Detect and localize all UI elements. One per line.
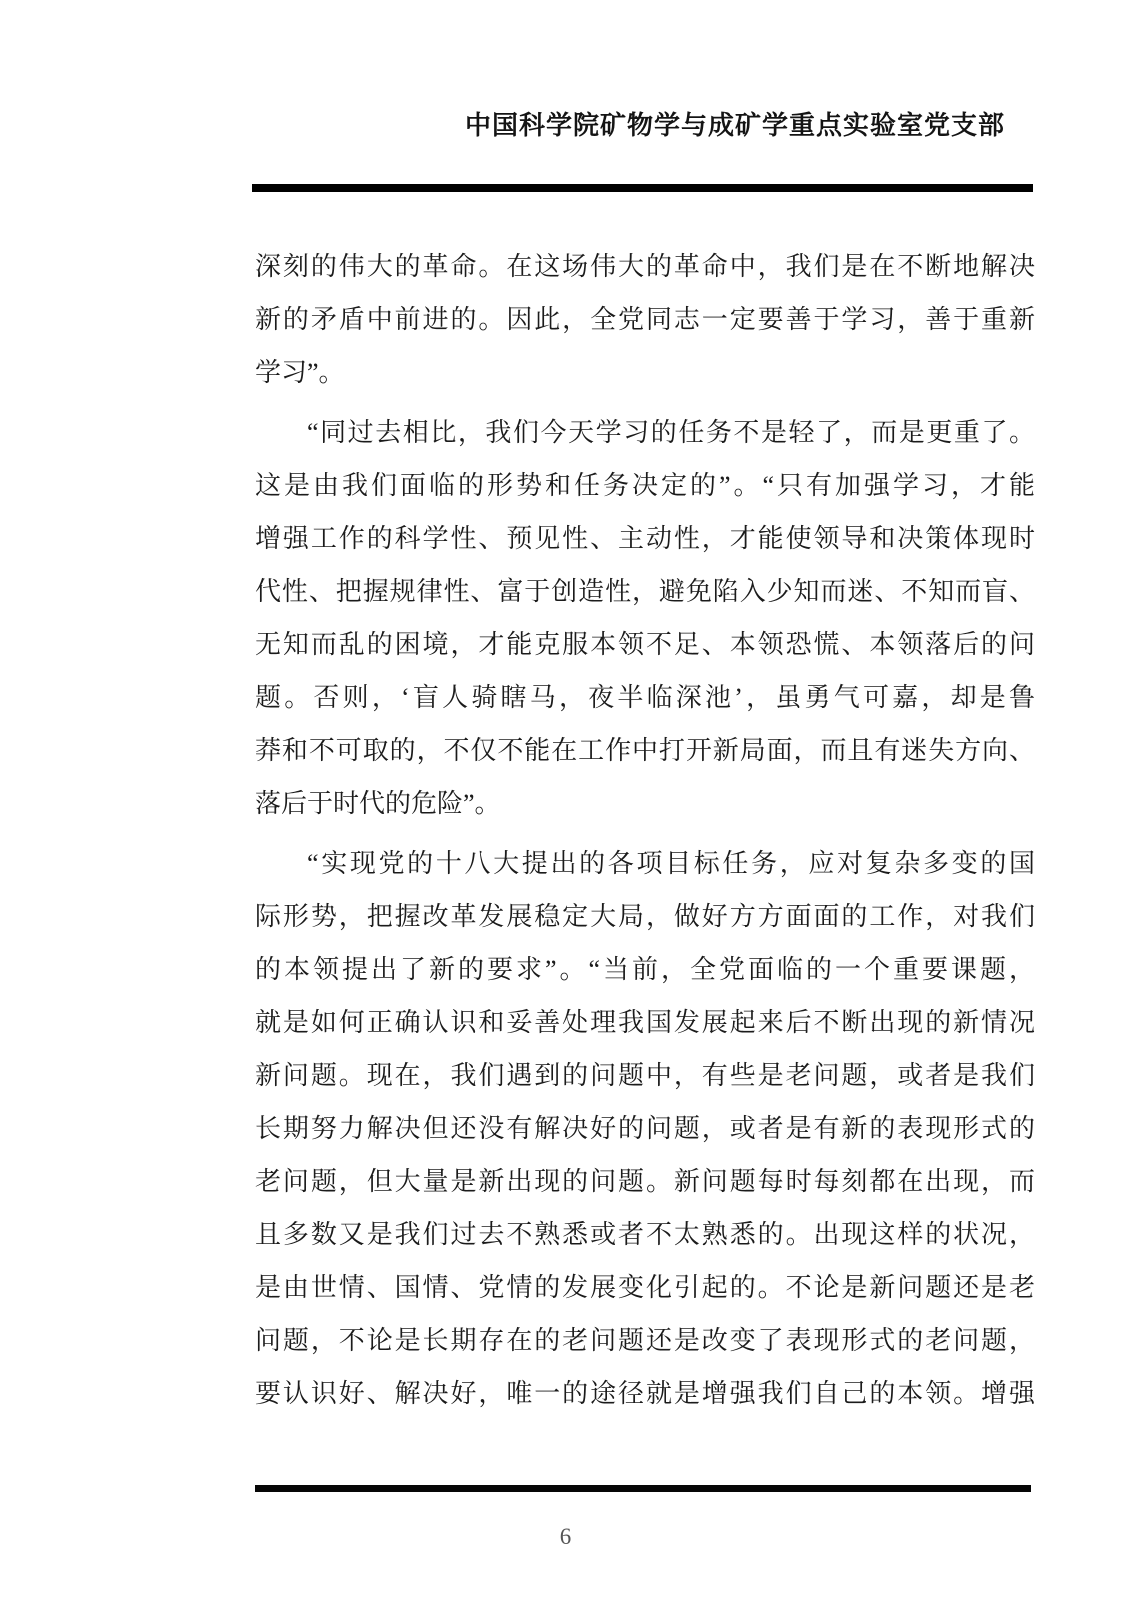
paragraph: 深刻的伟大的革命。在这场伟大的革命中，我们是在不断地解决新的矛盾中前进的。因此，… (255, 240, 1035, 399)
body-text-line: 学习”。 (255, 346, 1035, 399)
body-text-line: 代性、把握规律性、富于创造性，避免陷入少知而迷、不知而盲、 (255, 565, 1035, 618)
body-text-line: 问题，不论是长期存在的老问题还是改变了表现形式的老问题， (255, 1314, 1035, 1367)
body-text-line: 增强工作的科学性、预见性、主动性，才能使领导和决策体现时 (255, 512, 1035, 565)
body-text-line: 且多数又是我们过去不熟悉或者不太熟悉的。出现这样的状况， (255, 1208, 1035, 1261)
body-text-line: 新问题。现在，我们遇到的问题中，有些是老问题，或者是我们 (255, 1049, 1035, 1102)
body-text-line: 新的矛盾中前进的。因此，全党同志一定要善于学习，善于重新 (255, 293, 1035, 346)
page-number: 6 (0, 1524, 1131, 1550)
body-text-line: 长期努力解决但还没有解决好的问题，或者是有新的表现形式的 (255, 1102, 1035, 1155)
body-text-line: 就是如何正确认识和妥善处理我国发展起来后不断出现的新情况 (255, 996, 1035, 1049)
body-text-line: 老问题，但大量是新出现的问题。新问题每时每刻都在出现，而 (255, 1155, 1035, 1208)
document-body: 深刻的伟大的革命。在这场伟大的革命中，我们是在不断地解决新的矛盾中前进的。因此，… (255, 240, 1035, 1420)
body-text-line: 深刻的伟大的革命。在这场伟大的革命中，我们是在不断地解决 (255, 240, 1035, 293)
body-text-line: 要认识好、解决好，唯一的途径就是增强我们自己的本领。增强 (255, 1367, 1035, 1420)
body-text-line: 落后于时代的危险”。 (255, 777, 1035, 830)
header-rule (252, 184, 1033, 192)
paragraph: “同过去相比，我们今天学习的任务不是轻了，而是更重了。这是由我们面临的形势和任务… (255, 406, 1035, 830)
body-text-line: 的本领提出了新的要求”。“当前，全党面临的一个重要课题， (255, 943, 1035, 996)
paragraph: “实现党的十八大提出的各项目标任务，应对复杂多变的国际形势，把握改革发展稳定大局… (255, 837, 1035, 1420)
header-title: 中国科学院矿物学与成矿学重点实验室党支部 (465, 105, 1005, 142)
body-text-line: 莽和不可取的，不仅不能在工作中打开新局面，而且有迷失方向、 (255, 724, 1035, 777)
body-text-line: 际形势，把握改革发展稳定大局，做好方方面面的工作，对我们 (255, 890, 1035, 943)
body-text-line: “同过去相比，我们今天学习的任务不是轻了，而是更重了。 (255, 406, 1035, 459)
body-text-line: “实现党的十八大提出的各项目标任务，应对复杂多变的国 (255, 837, 1035, 890)
body-text-line: 这是由我们面临的形势和任务决定的”。“只有加强学习，才能 (255, 459, 1035, 512)
body-text-line: 无知而乱的困境，才能克服本领不足、本领恐慌、本领落后的问 (255, 618, 1035, 671)
body-text-line: 题。否则，‘盲人骑瞎马，夜半临深池’，虽勇气可嘉，却是鲁 (255, 671, 1035, 724)
body-text-line: 是由世情、国情、党情的发展变化引起的。不论是新问题还是老 (255, 1261, 1035, 1314)
document-page: 中国科学院矿物学与成矿学重点实验室党支部 深刻的伟大的革命。在这场伟大的革命中，… (0, 0, 1131, 1600)
footer-rule (255, 1485, 1031, 1492)
